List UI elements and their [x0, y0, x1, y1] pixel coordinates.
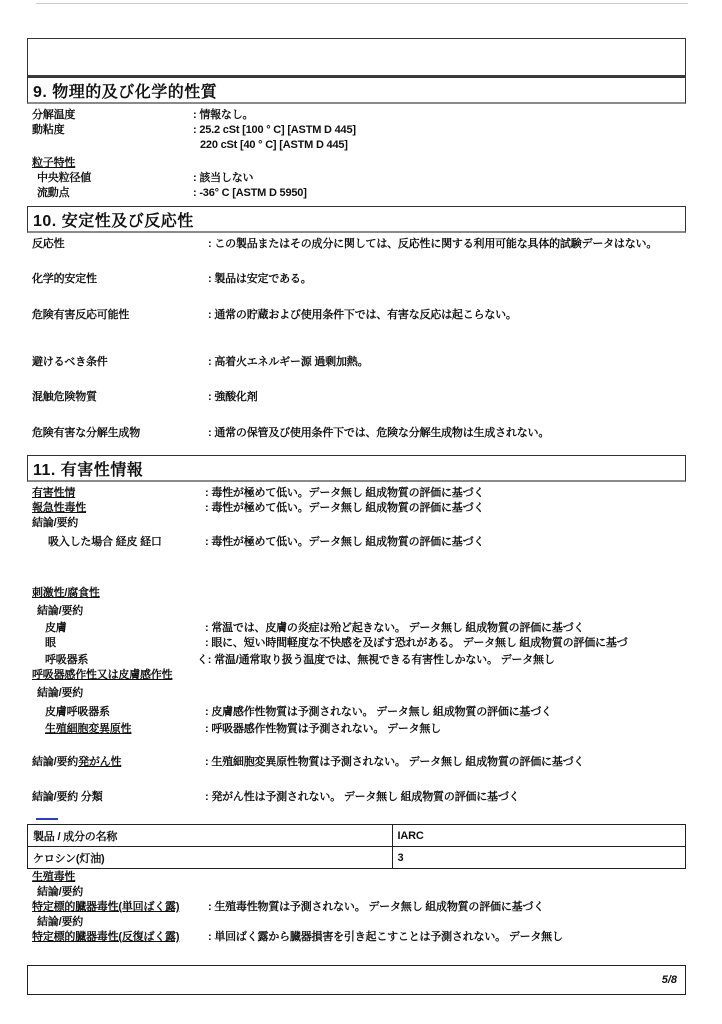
field-row: 眼: 眼に、短い時間軽度な不快感を及ぼす恐れがある。 データ無し 組成物質の評価… [27, 636, 686, 651]
field-value: : 呼吸器感作性物質は予測されない。 データ無し [205, 722, 441, 737]
field-label: 危険有害な分解生成物 [32, 426, 208, 441]
field-row: 危険有害反応可能性: 通常の貯蔵および使用条件下では、有害な反応は起こらない。 [27, 308, 686, 323]
field-row: 生殖細胞変異原性: 呼吸器感作性物質は予測されない。 データ無し [27, 722, 686, 737]
field-label: 結論/要約 [37, 604, 83, 619]
table-cell: 3 [392, 847, 685, 869]
field-label: 呼吸器系 [45, 653, 197, 668]
field-row: 吸入した場合 経皮 経口: 毒性が極めて低い。データ無し 組成物質の評価に基づく [27, 535, 686, 550]
field-label: 結論/要約 [37, 915, 83, 930]
field-label: 呼吸器感作性又は皮膚感作性 [32, 668, 172, 683]
field-label: 生殖毒性 [32, 870, 75, 885]
field-value: : 強酸化剤 [208, 390, 258, 405]
field-label: 反応性 [32, 237, 208, 252]
field-row: 結論/要約 [27, 885, 686, 900]
field-value: : -36° C [ASTM D 5950] [193, 186, 307, 201]
field-row: 混触危険物質: 強酸化剤 [27, 390, 686, 405]
field-label: 化学的安定性 [32, 272, 208, 287]
table-header-cell: 製品 / 成分の名称 [28, 825, 393, 847]
table-row: ケロシン(灯油)3 [28, 847, 686, 869]
field-value: : 通常の保管及び使用条件下では、危険な分解生成物は生成されない。 [208, 426, 549, 441]
field-label: 皮膚呼吸器系 [45, 705, 205, 720]
field-row: 危険有害な分解生成物: 通常の保管及び使用条件下では、危険な分解生成物は生成され… [27, 426, 686, 441]
field-value-line1: : 25.2 cSt [100 ° C] [ASTM D 445] [193, 123, 356, 138]
field-row: 動粘度: 25.2 cSt [100 ° C] [ASTM D 445]220 … [27, 123, 686, 153]
field-label: 結論/要約 [37, 686, 83, 701]
field-row: 生殖毒性 [27, 870, 686, 885]
field-row: 化学的安定性: 製品は安定である。 [27, 272, 686, 287]
field-row: 呼吸器系く: 常温/通常取り扱う温度では、無視できる有害性しかない。 データ無し [27, 653, 686, 668]
field-value: : 眼に、短い時間軽度な不快感を及ぼす恐れがある。 データ無し 組成物質の評価に… [205, 636, 627, 651]
field-label: 結論/要約 [37, 885, 83, 900]
table-header-cell: IARC [392, 825, 685, 847]
page-number: 5/8 [662, 974, 677, 986]
field-label: 中央粒径値 [37, 171, 193, 186]
field-row: 中央粒径値: 該当しない [27, 171, 686, 186]
field-row: 皮膚: 常温では、皮膚の炎症は殆ど起きない。 データ無し 組成物質の評価に基づく [27, 621, 686, 636]
field-row: 結論/要約 [27, 686, 686, 701]
field-label-underlined: 発がん性 [78, 755, 121, 770]
section-header-box: 9. 物理的及び化学的性質 [27, 77, 686, 104]
iarc-table: 製品 / 成分の名称IARCケロシン(灯油)3 [27, 824, 686, 869]
field-row: 結論/要約 [27, 604, 686, 619]
field-label: 結論/要約 分類 [32, 790, 205, 805]
field-row: 結論/要約 [27, 516, 686, 531]
field-row: 特定標的臓器毒性(単回ばく露): 生殖毒性物質は予測されない。 データ無し 組成… [27, 900, 686, 915]
field-row: 反応性: この製品またはその成分に関しては、反応性に関する利用可能な具体的試験デ… [27, 237, 686, 252]
field-value: : 常温では、皮膚の炎症は殆ど起きない。 データ無し 組成物質の評価に基づく [205, 621, 584, 636]
field-row: 結論/要約 [27, 915, 686, 930]
field-value: : 毒性が極めて低い。データ無し 組成物質の評価に基づく [205, 535, 484, 550]
field-value: : 製品は安定である。 [208, 272, 312, 287]
field-value: く: 常温/通常取り扱う温度では、無視できる有害性しかない。 データ無し [197, 653, 555, 668]
field-label: 分解温度 [32, 108, 193, 123]
field-label: 特定標的臓器毒性(反復ばく露) [32, 930, 208, 945]
field-label: 刺激性/腐食性 [32, 586, 100, 601]
field-label: 危険有害反応可能性 [32, 308, 208, 323]
field-label: 結論/要約 [32, 516, 78, 531]
field-value: : 25.2 cSt [100 ° C] [ASTM D 445]220 cSt… [193, 123, 356, 153]
field-row: 流動点: -36° C [ASTM D 5950] [27, 186, 686, 201]
field-value: : 情報なし。 [193, 108, 253, 123]
field-value: : 高着火エネルギー源 過剰加熱。 [208, 355, 368, 370]
field-label: 吸入した場合 経皮 経口 [48, 535, 205, 550]
field-label: 流動点 [37, 186, 193, 201]
field-row: 刺激性/腐食性 [27, 586, 686, 601]
field-row: 特定標的臓器毒性(反復ばく露): 単回ばく露から臓器損害を引き起こすことは予測さ… [27, 930, 686, 945]
page-footer: 5/8 [27, 965, 686, 995]
field-label: 動粘度 [32, 123, 193, 138]
field-value: : 生殖細胞変異原性物質は予測されない。 データ無し 組成物質の評価に基づく [205, 755, 584, 770]
field-value: : 該当しない [193, 171, 253, 186]
section-title: 11. 有害性情報 [28, 457, 143, 480]
field-label: 混触危険物質 [32, 390, 208, 405]
field-row: 分解温度: 情報なし。 [27, 108, 686, 123]
field-label: 報急性毒性 [32, 501, 205, 516]
field-row: 結論/要約 発がん性: 生殖細胞変異原性物質は予測されない。 データ無し 組成物… [27, 755, 686, 770]
field-row: 報急性毒性: 毒性が極めて低い。データ無し 組成物質の評価に基づく [27, 501, 686, 516]
field-label: 避けるべき条件 [32, 355, 208, 370]
field-value: : 生殖毒性物質は予測されない。 データ無し 組成物質の評価に基づく [208, 900, 544, 915]
field-label: 有害性情 [32, 486, 205, 501]
field-label: 眼 [45, 636, 205, 651]
field-value: : 毒性が極めて低い。データ無し 組成物質の評価に基づく [205, 486, 484, 501]
field-label: 生殖細胞変異原性 [45, 722, 205, 737]
field-value-line2: 220 cSt [40 ° C] [ASTM D 445] [193, 138, 356, 153]
field-value: : 発がん性は予測されない。 データ無し 組成物質の評価に基づく [205, 790, 519, 805]
field-row: 結論/要約 分類: 発がん性は予測されない。 データ無し 組成物質の評価に基づく [27, 790, 686, 805]
field-row: 呼吸器感作性又は皮膚感作性 [27, 668, 686, 683]
field-label: 結論/要約 [32, 755, 78, 770]
field-label: 皮膚 [45, 621, 205, 636]
link-underline-mark [36, 818, 58, 820]
field-value: : 通常の貯蔵および使用条件下では、有害な反応は起こらない。 [208, 308, 517, 323]
field-value: : 皮膚感作性物質は予測されない。 データ無し 組成物質の評価に基づく [205, 705, 552, 720]
field-row: 有害性情: 毒性が極めて低い。データ無し 組成物質の評価に基づく [27, 486, 686, 501]
field-value: : 単回ばく露から臓器損害を引き起こすことは予測されない。 データ無し [208, 930, 563, 945]
section-header-box: 11. 有害性情報 [27, 455, 686, 482]
header-spacer-box [27, 38, 686, 77]
field-value: : 毒性が極めて低い。データ無し 組成物質の評価に基づく [205, 501, 484, 516]
document-page: 9. 物理的及び化学的性質分解温度: 情報なし。動粘度: 25.2 cSt [1… [27, 0, 686, 995]
field-label: 特定標的臓器毒性(単回ばく露) [32, 900, 208, 915]
field-row: 皮膚呼吸器系: 皮膚感作性物質は予測されない。 データ無し 組成物質の評価に基づ… [27, 705, 686, 720]
field-row: 粒子特性 [27, 156, 686, 171]
section-title: 9. 物理的及び化学的性質 [28, 79, 217, 102]
field-row: 避けるべき条件: 高着火エネルギー源 過剰加熱。 [27, 355, 686, 370]
table-header-row: 製品 / 成分の名称IARC [28, 825, 686, 847]
section-title: 10. 安定性及び反応性 [28, 208, 194, 231]
section-header-box: 10. 安定性及び反応性 [27, 206, 686, 233]
field-label: 粒子特性 [32, 156, 75, 171]
field-value: : この製品またはその成分に関しては、反応性に関する利用可能な具体的試験データは… [208, 237, 657, 252]
table-cell: ケロシン(灯油) [28, 847, 393, 869]
